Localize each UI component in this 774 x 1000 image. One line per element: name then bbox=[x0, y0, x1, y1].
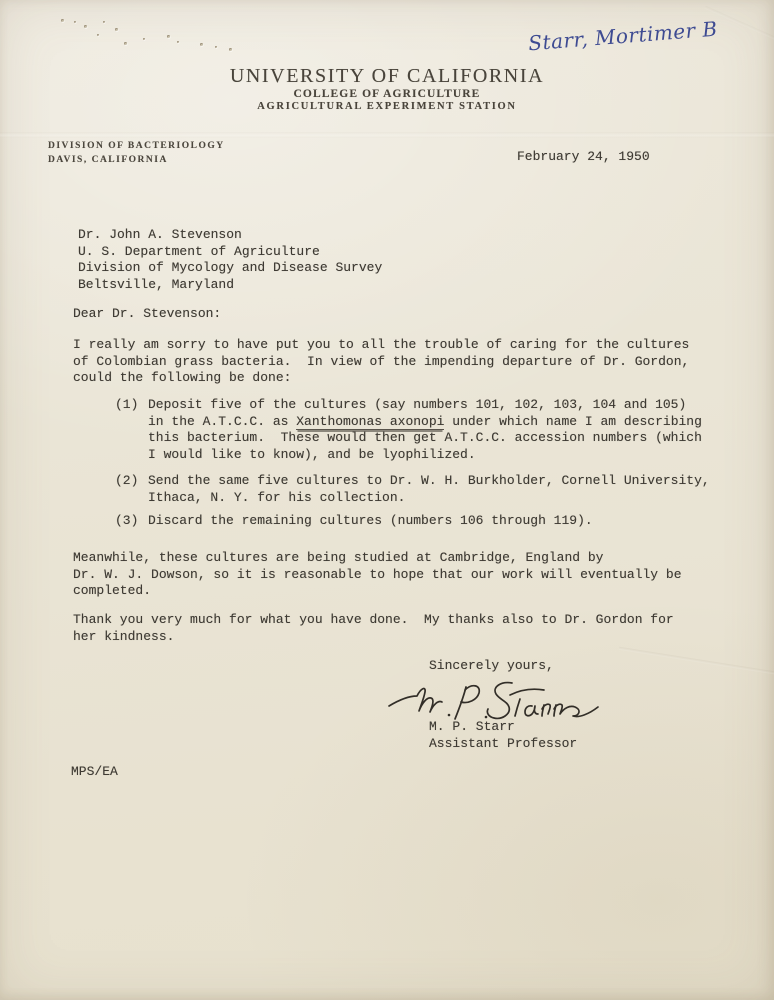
signature-title: Assistant Professor bbox=[429, 736, 577, 751]
letterhead-division-address: DIVISION OF BACTERIOLOGY DAVIS, CALIFORN… bbox=[48, 139, 225, 167]
list-item-1-number: (1) bbox=[115, 397, 139, 463]
paper-crease-fold-right bbox=[619, 647, 774, 677]
paragraph-intro: I really am sorry to have put you to all… bbox=[73, 337, 689, 387]
letter-page: Starr, Mortimer B UNIVERSITY OF CALIFORN… bbox=[0, 0, 774, 1000]
letterhead-college: COLLEGE OF AGRICULTURE bbox=[0, 88, 774, 100]
list-item-2: (2) Send the same five cultures to Dr. W… bbox=[115, 473, 710, 506]
paper-crease-horizontal bbox=[0, 132, 774, 138]
letterhead-university: UNIVERSITY OF CALIFORNIA bbox=[0, 66, 774, 86]
list-item-1-text: Deposit five of the cultures (say number… bbox=[148, 397, 702, 463]
signature-block: M. P. StarrAssistant Professor bbox=[429, 719, 577, 752]
list-item-3: (3) Discard the remaining cultures (numb… bbox=[115, 513, 593, 530]
closing-salutation: Sincerely yours, bbox=[429, 658, 554, 675]
list-item-2-text: Send the same five cultures to Dr. W. H.… bbox=[148, 473, 710, 506]
list-item-1: (1) Deposit five of the cultures (say nu… bbox=[115, 397, 702, 463]
species-name-underlined: Xanthomonas axonopi bbox=[296, 414, 444, 430]
list-item-3-number: (3) bbox=[115, 513, 139, 530]
list-item-2-number: (2) bbox=[115, 473, 139, 506]
letterhead-station: AGRICULTURAL EXPERIMENT STATION bbox=[0, 101, 774, 112]
recipient-address: Dr. John A. Stevenson U. S. Department o… bbox=[78, 227, 382, 293]
paragraph-meanwhile: Meanwhile, these cultures are being stud… bbox=[73, 550, 682, 600]
reference-initials: MPS/EA bbox=[71, 764, 118, 781]
signature-name: M. P. Starr bbox=[429, 719, 515, 734]
salutation: Dear Dr. Stevenson: bbox=[73, 306, 221, 323]
list-item-3-text: Discard the remaining cultures (numbers … bbox=[148, 513, 593, 530]
paragraph-thanks: Thank you very much for what you have do… bbox=[73, 612, 674, 645]
handwritten-annotation: Starr, Mortimer B bbox=[527, 13, 768, 56]
letter-date: February 24, 1950 bbox=[517, 149, 650, 166]
